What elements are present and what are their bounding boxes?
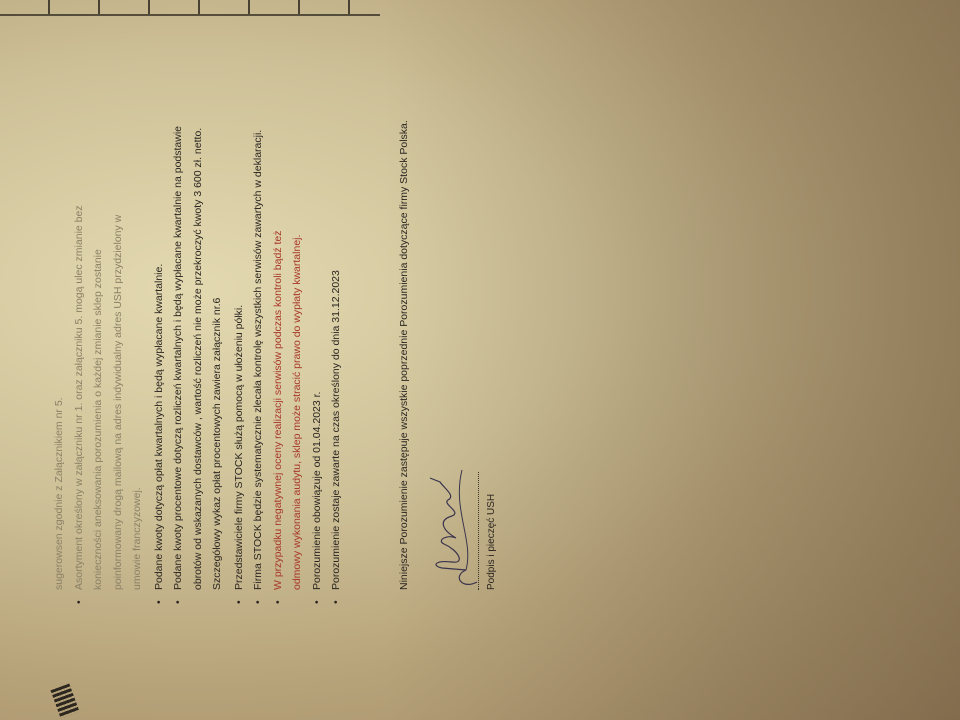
bullet-icon: • [70,600,90,604]
bullet-icon: • [249,600,269,604]
signature-line [478,472,479,590]
line-text: Podane kwoty dotyczą opłat kwartalnych i… [153,264,165,590]
closing-statement: Niniejsze Porozumienie zastępuje wszystk… [395,30,415,590]
document-line: •W przypadku negatywnej oceny realizacji… [269,30,289,590]
document-line: •Firma STOCK będzie systematycznie zleca… [249,30,269,590]
document-line: •Przedstawiciele firmy STOCK służą pomoc… [230,30,250,590]
document-line: sugerowsen zgodnie z Załącznikiem nr 5. [50,30,70,590]
line-text: Firma STOCK będzie systematycznie zlecał… [252,130,264,590]
document-page: sugerowsen zgodnie z Załącznikiem nr 5.•… [50,30,390,590]
document-line: •Podane kwoty procentowe dotyczą rozlicz… [169,30,189,590]
bullet-icon: • [308,600,328,604]
line-text: odmowy wykonania audytu, sklep może stra… [291,235,303,590]
line-text: Szczegółowy wykaz opłat procentowych zaw… [211,298,223,590]
document-line: •Porozumienie zostaje zawarte na czas ok… [327,30,347,590]
line-text: poinformowany drogą mailową na adres ind… [112,215,124,590]
document-line: umowie franczyzowej. [128,30,148,590]
signature-block: Podpis i pieczęć USH [462,30,552,590]
document-line: •Asortyment określony w załączniku nr 1.… [70,30,90,590]
bullet-icon: • [169,600,189,604]
adjacent-page-edge [0,0,380,16]
document-line: odmowy wykonania audytu, sklep może stra… [288,30,308,590]
document-line: konieczności aneksowania porozumienia o … [89,30,109,590]
document-line: •Porozumienie obowiązuje od 01.04.2023 r… [308,30,328,590]
handwritten-signature [422,420,482,600]
line-text: Przedstawiciele firmy STOCK służą pomocą… [233,305,245,590]
document-line: Szczegółowy wykaz opłat procentowych zaw… [208,30,228,590]
bullet-icon: • [327,600,347,604]
agreement-terms-list: sugerowsen zgodnie z Załącznikiem nr 5.•… [50,30,347,590]
line-text: obrotów od wskazanych dostawców , wartoś… [192,128,204,590]
line-text: umowie franczyzowej. [131,487,143,590]
bullet-icon: • [150,600,170,604]
document-line: obrotów od wskazanych dostawców , wartoś… [189,30,209,590]
document-line: poinformowany drogą mailową na adres ind… [109,30,129,590]
line-text: W przypadku negatywnej oceny realizacji … [272,230,284,590]
line-text: Podane kwoty procentowe dotyczą rozlicze… [172,126,184,590]
bullet-icon: • [230,600,250,604]
adjacent-page-fragment [0,680,80,720]
line-text: konieczności aneksowania porozumienia o … [92,249,104,590]
line-text: Porozumienie obowiązuje od 01.04.2023 r. [311,392,323,590]
line-text: Porozumienie zostaje zawarte na czas okr… [330,270,342,590]
line-text: sugerowsen zgodnie z Załącznikiem nr 5. [53,397,65,590]
bullet-icon: • [269,600,289,604]
signature-label: Podpis i pieczęć USH [482,494,502,590]
document-line: •Podane kwoty dotyczą opłat kwartalnych … [150,30,170,590]
line-text: Asortyment określony w załączniku nr 1. … [73,205,85,590]
